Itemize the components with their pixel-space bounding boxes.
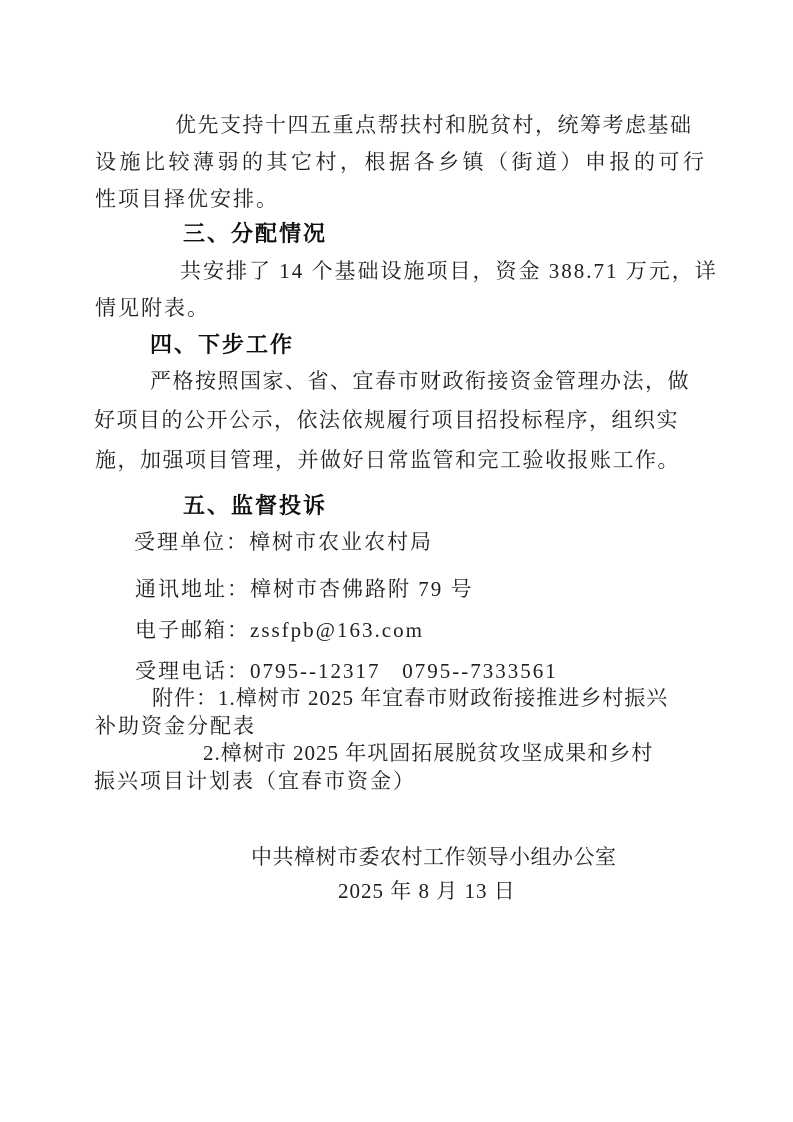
section-heading-supervision: 五、监督投诉 [183, 493, 327, 518]
contact-phone-line: 受理电话：0795--12317 0795--7333561 [135, 659, 558, 683]
attachment-1-line-2: 补助资金分配表 [95, 714, 256, 738]
attachment-1-line-1: 附件：1.樟树市 2025 年宜春市财政衔接推进乡村振兴 [152, 686, 668, 710]
document-page: 优先支持十四五重点帮扶村和脱贫村，统筹考虑基础 设施比较薄弱的其它村，根据各乡镇… [0, 0, 793, 1122]
para-allocation-line-1: 共安排了 14 个基础设施项目，资金 388.71 万元，详 [180, 259, 718, 283]
attachment-2-line-2: 振兴项目计划表（宜春市资金） [94, 769, 416, 793]
para-priority-line-3: 性项目择优安排。 [95, 187, 279, 211]
contact-email-line: 电子邮箱：zssfpb@163.com [135, 618, 424, 642]
section-heading-allocation: 三、分配情况 [183, 221, 327, 246]
para-allocation-line-2: 情见附表。 [95, 296, 210, 320]
signature-issuer: 中共樟树市委农村工作领导小组办公室 [251, 845, 617, 869]
para-next-steps-line-2: 好项目的公开公示，依法依规履行项目招投标程序，组织实 [94, 408, 679, 432]
attachment-2-line-1: 2.樟树市 2025 年巩固拓展脱贫攻坚成果和乡村 [203, 741, 653, 765]
para-priority-line-1: 优先支持十四五重点帮扶村和脱贫村，统筹考虑基础 [175, 113, 693, 137]
para-priority-line-2: 设施比较薄弱的其它村，根据各乡镇（街道）申报的可行 [95, 150, 708, 174]
contact-address-line: 通讯地址：樟树市杏佛路附 79 号 [135, 577, 474, 601]
para-next-steps-line-1: 严格按照国家、省、宜春市财政衔接资金管理办法，做 [150, 369, 690, 393]
section-heading-next-steps: 四、下步工作 [150, 332, 294, 357]
para-next-steps-line-3: 施，加强项目管理，并做好日常监管和完工验收报账工作。 [95, 448, 680, 472]
contact-unit-line: 受理单位：樟树市农业农村局 [134, 530, 433, 554]
signature-date: 2025 年 8 月 13 日 [338, 879, 516, 903]
